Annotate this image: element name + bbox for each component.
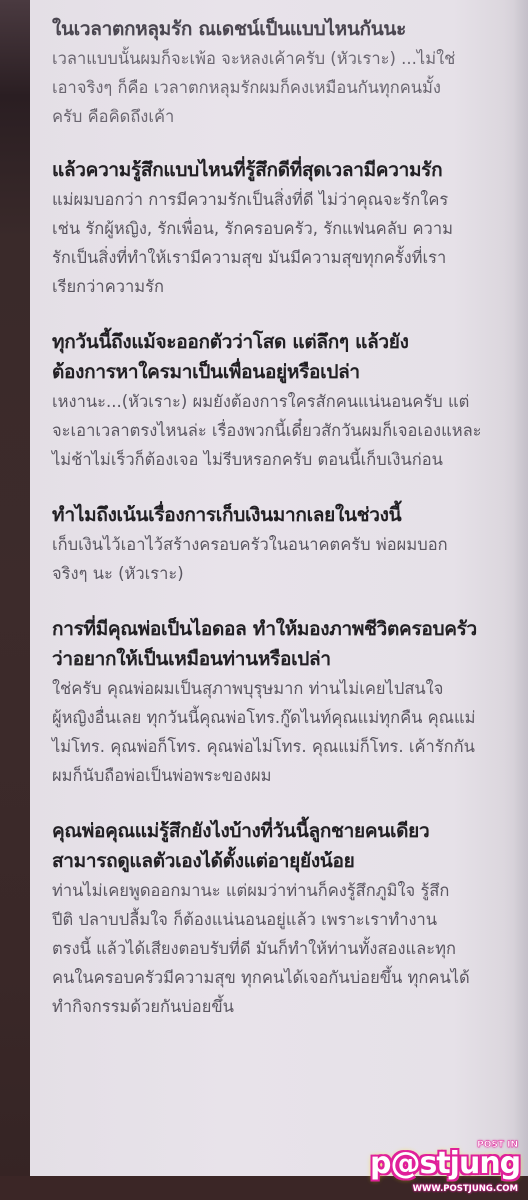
answer-line: เช่น รักผู้หญิง, รักเพื่อน, รักครอบครัว,…	[52, 214, 522, 243]
question-line: ต้องการหาใครมาเป็นเพื่อนอยู่หรือเปล่า	[52, 357, 522, 387]
answer-line: ท่านไม่เคยพูดออกมานะ แต่ผมว่าท่านก็คงรู้…	[52, 876, 522, 905]
question-line: แล้วความรู้สึกแบบไหนที่รู้สึกดีที่สุดเวล…	[52, 155, 522, 185]
answer-line: ปีติ ปลาบปลื้มใจ ก็ต้องแน่นอนอยู่แล้ว เพ…	[52, 905, 522, 934]
question-line: การที่มีคุณพ่อเป็นไอดอล ทำให้มองภาพชีวิต…	[52, 614, 522, 644]
answer-line: ทำกิจกรรมด้วยกันบ่อยขึ้น	[52, 992, 522, 1021]
question-line: สามารถดูแลตัวเองได้ตั้งแต่อายุยังน้อย	[52, 846, 522, 876]
question-line: คุณพ่อคุณแม่รู้สึกยังไงบ้างที่วันนี้ลูกช…	[52, 816, 522, 846]
answer-line: จะเอาเวลาตรงไหนล่ะ เรื่องพวกนี้เดี๋ยวสัก…	[52, 416, 522, 445]
question-line: ว่าอยากให้เป็นเหมือนท่านหรือเปล่า	[52, 644, 522, 674]
answer-line: ไม่โทร. คุณพ่อก็โทร. คุณพ่อไม่โทร. คุณแม…	[52, 732, 522, 761]
qa-section: ทำไมถึงเน้นเรื่องการเก็บเงินมากเลยในช่วง…	[52, 500, 522, 588]
postjung-watermark: POST IN p@stjung WWW.POSTJUNG.COM	[370, 1140, 520, 1198]
answer-line: ผมก็นับถือพ่อเป็นพ่อพระของผม	[52, 761, 522, 790]
answer-line: ไม่ช้าไม่เร็วก็ต้องเจอ ไม่รีบหรอกครับ ตอ…	[52, 445, 522, 474]
interview-article: ในเวลาตกหลุมรัก ณเดชน์เป็นแบบไหนกันนะ เว…	[52, 14, 522, 1047]
question-line: ทำไมถึงเน้นเรื่องการเก็บเงินมากเลยในช่วง…	[52, 500, 522, 530]
answer-line: เวลาแบบนั้นผมก็จะเพ้อ จะหลงเค้าครับ (หัว…	[52, 44, 522, 73]
answer-line: ผู้หญิงอื่นเลย ทุกวันนี้คุณพ่อโทร.กู๊ดไน…	[52, 703, 522, 732]
qa-section: แล้วความรู้สึกแบบไหนที่รู้สึกดีที่สุดเวล…	[52, 155, 522, 301]
answer-line: ใช่ครับ คุณพ่อผมเป็นสุภาพบุรุษมาก ท่านไม…	[52, 674, 522, 703]
qa-section: ในเวลาตกหลุมรัก ณเดชน์เป็นแบบไหนกันนะ เว…	[52, 14, 522, 131]
answer-line: ครับ คือคิดถึงเค้า	[52, 102, 522, 131]
watermark-url: WWW.POSTJUNG.COM	[413, 1184, 518, 1194]
answer-line: เก็บเงินไว้เอาไว้สร้างครอบครัวในอนาคตครั…	[52, 530, 522, 559]
qa-section: การที่มีคุณพ่อเป็นไอดอล ทำให้มองภาพชีวิต…	[52, 614, 522, 790]
question-line: ทุกวันนี้ถึงแม้จะออกตัวว่าโสด แต่ลึกๆ แล…	[52, 327, 522, 357]
answer-line: รักเป็นสิ่งที่ทำให้เรามีความสุข มันมีควา…	[52, 243, 522, 272]
answer-line: ตรงนี้ แล้วได้เสียงตอบรับที่ดี มันก็ทำให…	[52, 934, 522, 963]
postjung-logo: p@stjung	[370, 1148, 520, 1180]
answer-line: เรียกว่าความรัก	[52, 272, 522, 301]
answer-line: จริงๆ นะ (หัวเราะ)	[52, 559, 522, 588]
answer-line: เอาจริงๆ ก็คือ เวลาตกหลุมรักผมก็คงเหมือน…	[52, 73, 522, 102]
answer-line: คนในครอบครัวมีความสุข ทุกคนได้เจอกันบ่อย…	[52, 963, 522, 992]
answer-line: แม่ผมบอกว่า การมีความรักเป็นสิ่งที่ดี ไม…	[52, 185, 522, 214]
answer-line: เหงานะ...(หัวเราะ) ผมยังต้องการใครสักคนแ…	[52, 387, 522, 416]
left-page-edge	[0, 0, 30, 1200]
question-line: ในเวลาตกหลุมรัก ณเดชน์เป็นแบบไหนกันนะ	[52, 14, 522, 44]
qa-section: คุณพ่อคุณแม่รู้สึกยังไงบ้างที่วันนี้ลูกช…	[52, 816, 522, 1021]
qa-section: ทุกวันนี้ถึงแม้จะออกตัวว่าโสด แต่ลึกๆ แล…	[52, 327, 522, 474]
